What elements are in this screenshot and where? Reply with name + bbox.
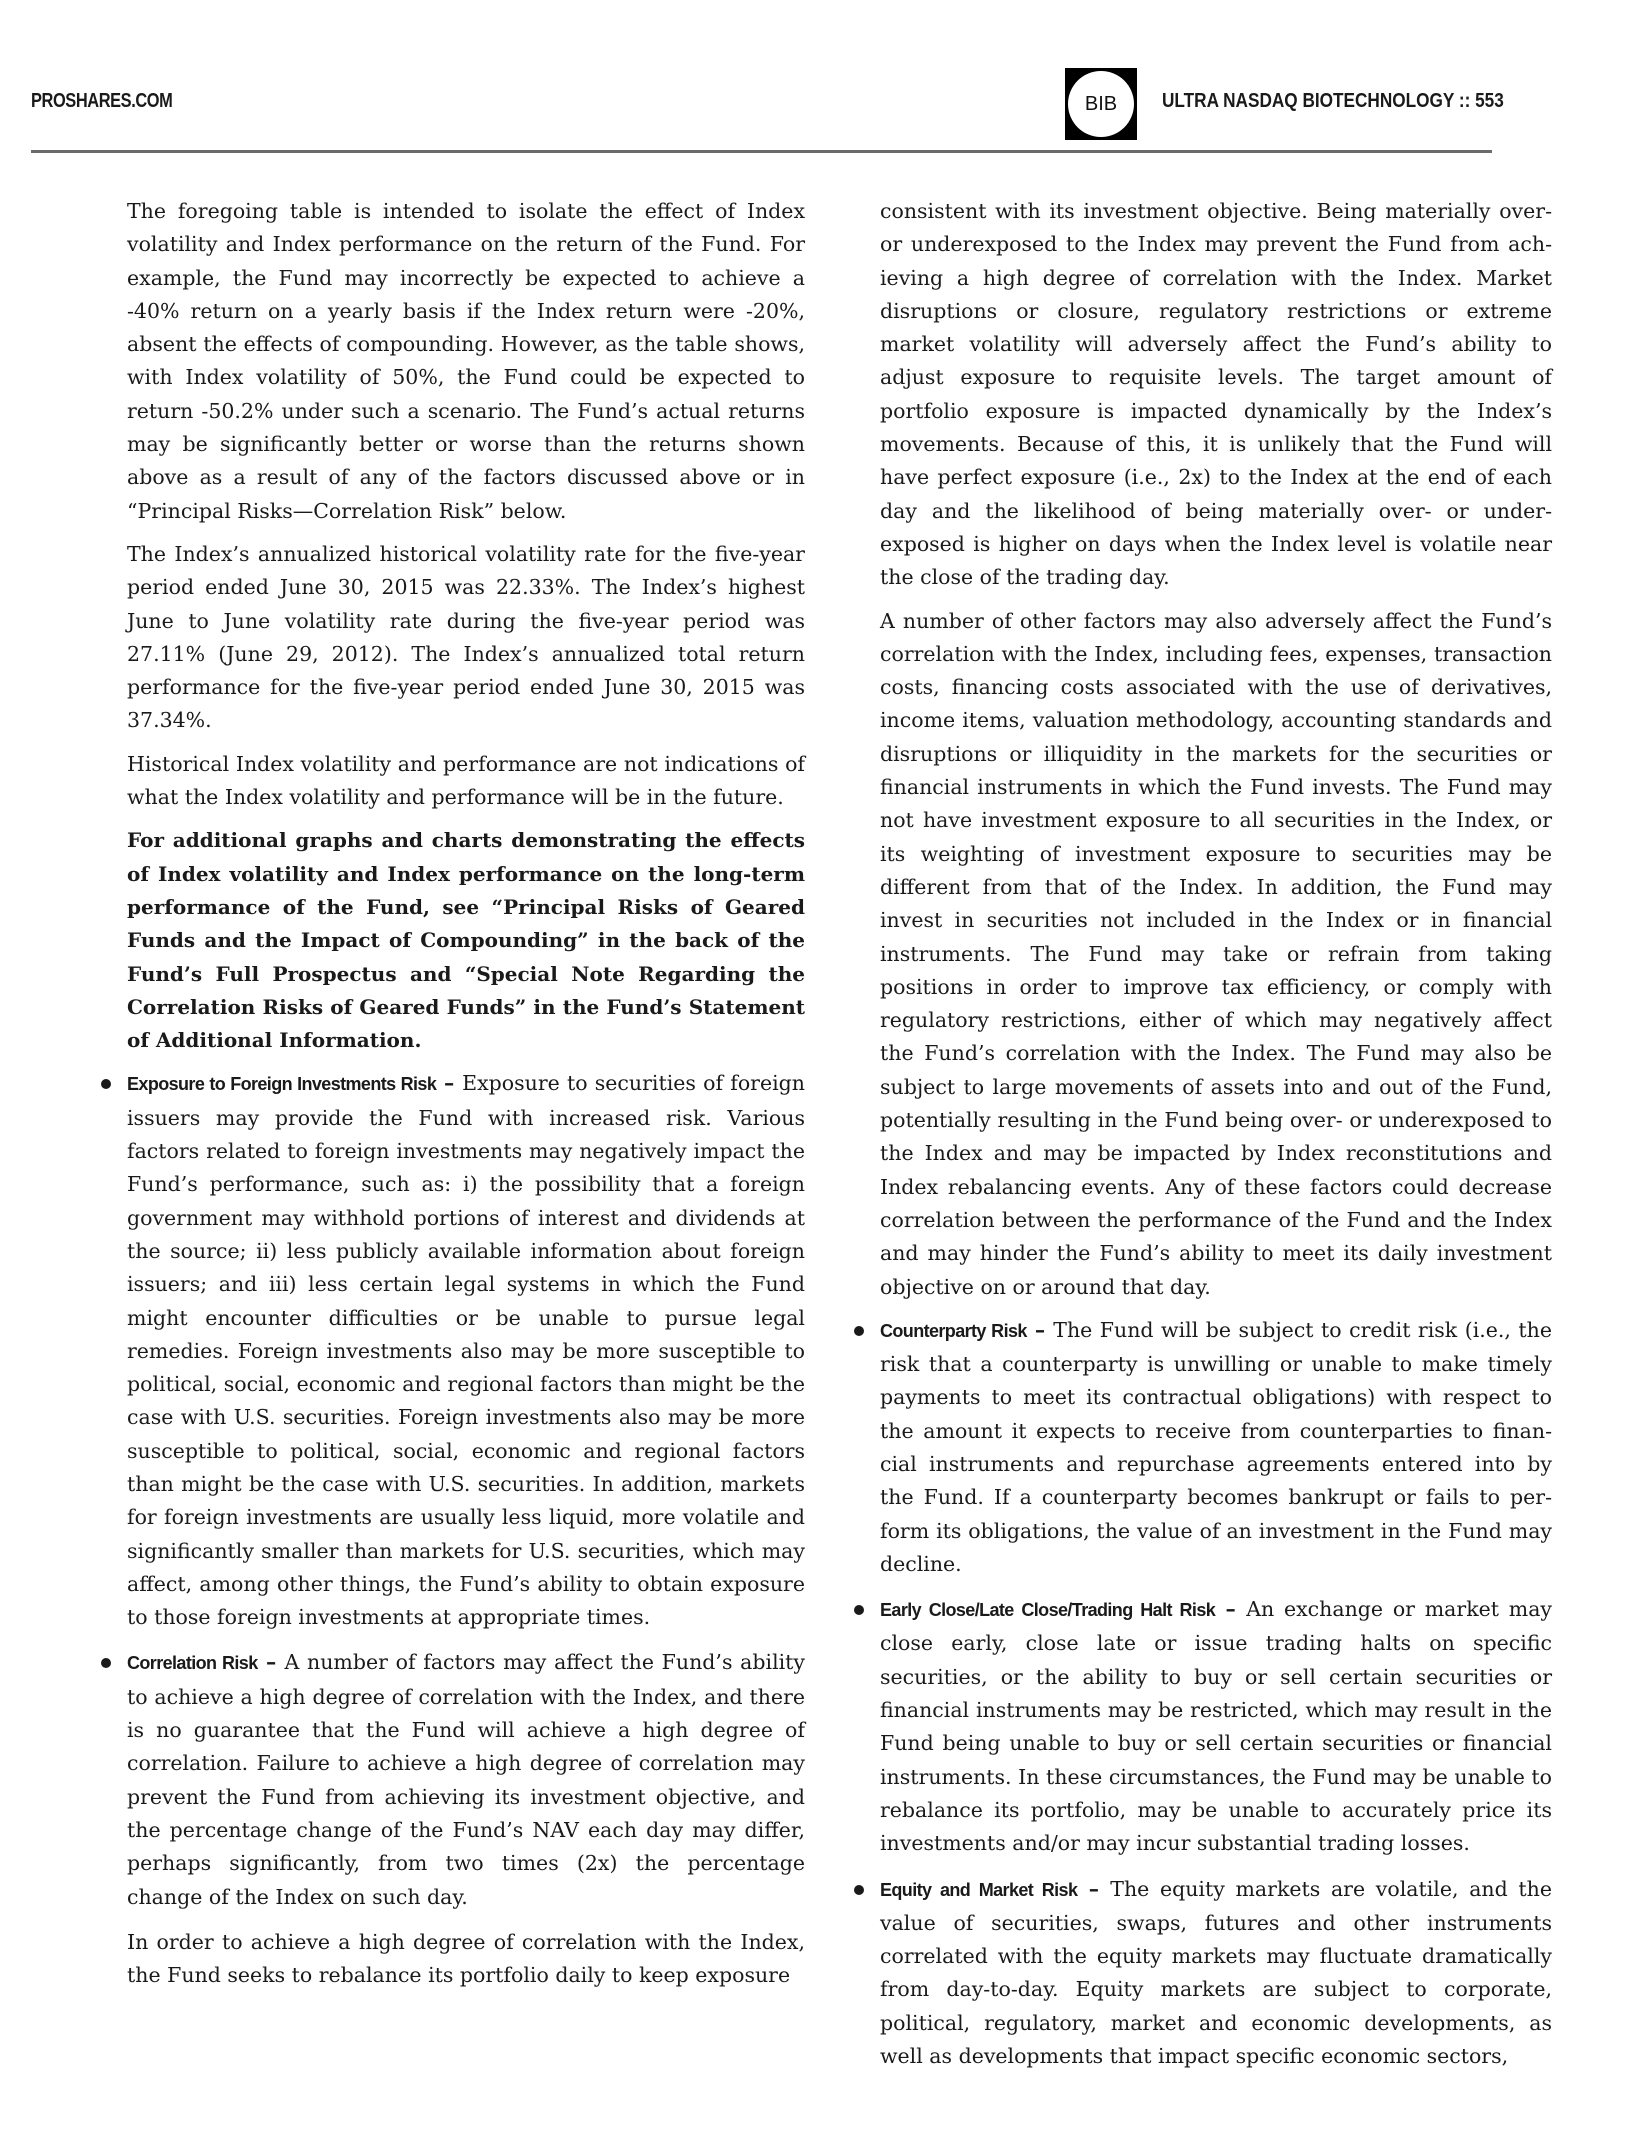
page-header: PROSHARES.COM BIB ULTRA NASDAQ BIOTECHNO…: [0, 0, 1650, 160]
ticker-badge: BIB: [1065, 68, 1137, 140]
site-name: PROSHARES.COM: [31, 90, 172, 113]
risk-item-equity-market: Equity and Market Risk – The equity mark…: [880, 1873, 1552, 2074]
paragraph: The foregoing table is intended to isola…: [127, 195, 805, 528]
risk-title: Counterparty Risk: [880, 1321, 1027, 1341]
risk-text: An exchange or market may close early, c…: [880, 1597, 1552, 1855]
risk-text: Exposure to securities of foreign issuer…: [127, 1071, 805, 1629]
risk-title: Exposure to Foreign Investments Risk: [127, 1074, 436, 1094]
ticker-badge-label: BIB: [1068, 71, 1134, 137]
risk-text: The equity markets are volatile, and the…: [880, 1877, 1552, 2068]
risk-title: Equity and Market Risk: [880, 1880, 1077, 1900]
fund-title-page-number: ULTRA NASDAQ BIOTECHNOLOGY :: 553: [1162, 90, 1504, 113]
risk-dash: –: [1027, 1318, 1053, 1342]
risk-title: Correlation Risk: [127, 1653, 258, 1673]
risk-dash: –: [436, 1071, 462, 1095]
risk-text: The Fund will be subject to credit risk …: [880, 1318, 1552, 1576]
bullet-icon: [854, 1326, 864, 1336]
paragraph: The Index’s annualized historical volati…: [127, 538, 805, 738]
risk-list: Counterparty Risk – The Fund will be sub…: [880, 1314, 1552, 2074]
risk-continuation: In order to achieve a high degree of cor…: [127, 1926, 805, 1993]
risk-dash: –: [1215, 1597, 1246, 1621]
header-divider: [31, 150, 1492, 153]
risk-item-foreign-investments: Exposure to Foreign Investments Risk – E…: [127, 1067, 805, 1634]
bullet-icon: [854, 1605, 864, 1615]
bullet-icon: [854, 1885, 864, 1895]
risk-item-correlation: Correlation Risk – A number of factors m…: [127, 1646, 805, 1992]
bullet-icon: [101, 1079, 111, 1089]
bullet-icon: [101, 1658, 111, 1668]
risk-dash: –: [1077, 1877, 1110, 1901]
risk-item-counterparty: Counterparty Risk – The Fund will be sub…: [880, 1314, 1552, 1581]
risk-dash: –: [258, 1650, 285, 1674]
left-column: The foregoing table is intended to isola…: [127, 195, 805, 2004]
risk-text: A number of factors may affect the Fund’…: [127, 1650, 805, 1908]
paragraph: Historical Index volatility and performa…: [127, 748, 805, 815]
risk-list: Exposure to Foreign Investments Risk – E…: [127, 1067, 805, 1992]
bold-note: For additional graphs and charts demonst…: [127, 824, 805, 1057]
right-column: consistent with its investment objective…: [880, 195, 1552, 2085]
risk-title: Early Close/Late Close/Trading Halt Risk: [880, 1600, 1215, 1620]
paragraph: consistent with its investment objective…: [880, 195, 1552, 595]
paragraph: A number of other factors may also adver…: [880, 605, 1552, 1304]
risk-item-trading-halt: Early Close/Late Close/Trading Halt Risk…: [880, 1593, 1552, 1860]
